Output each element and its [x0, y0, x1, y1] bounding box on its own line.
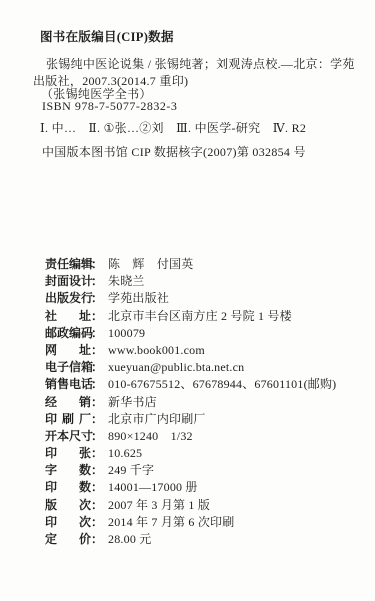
row-label: 印次	[45, 514, 91, 531]
row-edition: 版次：2007 年 3 月第 1 版	[45, 497, 365, 514]
row-value: 陈 辉 付国英	[108, 257, 193, 271]
row-value: 2014 年 7 月第 6 次印刷	[108, 515, 234, 529]
row-value: 249 千字	[108, 463, 154, 477]
row-label: 开本尺寸	[45, 428, 91, 445]
publication-details: 责任编辑：陈 辉 付国英 封面设计：朱晓兰 出版发行：学苑出版社 社址：北京市丰…	[45, 256, 365, 548]
row-postal-code: 邮政编码：100079	[45, 325, 365, 342]
row-label: 网址	[45, 342, 91, 359]
label-colon: ：	[91, 308, 103, 325]
row-label: 责任编辑	[45, 256, 91, 273]
row-cover-design: 封面设计：朱晓兰	[45, 273, 365, 290]
cip-heading: 图书在版编目(CIP)数据	[40, 30, 174, 44]
row-label: 电子信箱	[45, 359, 91, 376]
row-value: 010-67675512、67678944、67601101(邮购)	[108, 377, 336, 391]
cip-description-line1: 张锡纯中医论说集 / 张锡纯著；刘观涛点校.—北京：学苑	[46, 57, 355, 71]
row-value: xueyuan@public.bta.net.cn	[108, 360, 244, 374]
row-value: 北京市广内印刷厂	[108, 412, 206, 426]
row-value: 2007 年 3 月第 1 版	[108, 498, 210, 512]
row-publisher: 出版发行：学苑出版社	[45, 290, 365, 307]
cip-record-number: 中国版本图书馆 CIP 数据核字(2007)第 032854 号	[42, 145, 306, 159]
label-colon: ：	[91, 273, 103, 290]
row-print-run: 印数：14001—17000 册	[45, 479, 365, 496]
row-label: 封面设计	[45, 273, 91, 290]
row-label: 定价	[45, 531, 91, 548]
label-colon: ：	[91, 428, 103, 445]
row-website: 网址：www.book001.com	[45, 342, 365, 359]
cip-description-line2: 出版社，2007.3(2014.7 重印)	[33, 74, 188, 88]
label-colon: ：	[91, 462, 103, 479]
row-label: 社址	[45, 308, 91, 325]
row-editor: 责任编辑：陈 辉 付国英	[45, 256, 365, 273]
row-value: 朱晓兰	[108, 274, 145, 288]
row-distributor: 经销：新华书店	[45, 394, 365, 411]
row-label: 出版发行	[45, 290, 91, 307]
row-value: 北京市丰台区南方庄 2 号院 1 号楼	[108, 309, 292, 323]
isbn-number: ISBN 978-7-5077-2832-3	[42, 99, 177, 113]
row-value: 28.00 元	[108, 532, 151, 546]
label-colon: ：	[91, 531, 103, 548]
row-value: 学苑出版社	[108, 291, 169, 305]
label-colon: ：	[91, 325, 103, 342]
label-colon: ：	[91, 479, 103, 496]
row-impression: 印次：2014 年 7 月第 6 次印刷	[45, 514, 365, 531]
label-colon: ：	[91, 394, 103, 411]
row-value: 100079	[108, 326, 145, 340]
row-label: 经销	[45, 394, 91, 411]
row-label: 销售电话	[45, 376, 91, 393]
label-colon: ：	[91, 497, 103, 514]
row-value: 890×1240 1/32	[108, 429, 193, 443]
label-colon: ：	[91, 376, 103, 393]
row-address: 社址：北京市丰台区南方庄 2 号院 1 号楼	[45, 308, 365, 325]
row-label: 邮政编码	[45, 325, 91, 342]
row-value: 新华书店	[108, 395, 157, 409]
label-colon: ：	[91, 342, 103, 359]
row-printed-sheets: 印张：10.625	[45, 445, 365, 462]
row-label: 印刷厂	[45, 411, 91, 428]
label-colon: ：	[91, 514, 103, 531]
row-word-count: 字数：249 千字	[45, 462, 365, 479]
label-colon: ：	[91, 290, 103, 307]
row-email: 电子信箱：xueyuan@public.bta.net.cn	[45, 359, 365, 376]
row-label: 印数	[45, 479, 91, 496]
row-label: 字数	[45, 462, 91, 479]
label-colon: ：	[91, 256, 103, 273]
label-colon: ：	[91, 445, 103, 462]
label-colon: ：	[91, 411, 103, 428]
copyright-page: 图书在版编目(CIP)数据 张锡纯中医论说集 / 张锡纯著；刘观涛点校.—北京：…	[0, 0, 375, 601]
row-price: 定价：28.00 元	[45, 531, 365, 548]
row-value: 10.625	[108, 446, 142, 460]
row-format-size: 开本尺寸：890×1240 1/32	[45, 428, 365, 445]
row-sales-phone: 销售电话：010-67675512、67678944、67601101(邮购)	[45, 376, 365, 393]
row-label: 版次	[45, 497, 91, 514]
row-label: 印张	[45, 445, 91, 462]
cip-classification: Ⅰ. 中… Ⅱ. ①张…②刘 Ⅲ. 中医学-研究 Ⅳ. R2	[40, 121, 306, 135]
label-colon: ：	[91, 359, 103, 376]
row-printer: 印刷厂：北京市广内印刷厂	[45, 411, 365, 428]
row-value: www.book001.com	[108, 343, 205, 357]
row-value: 14001—17000 册	[108, 480, 198, 494]
